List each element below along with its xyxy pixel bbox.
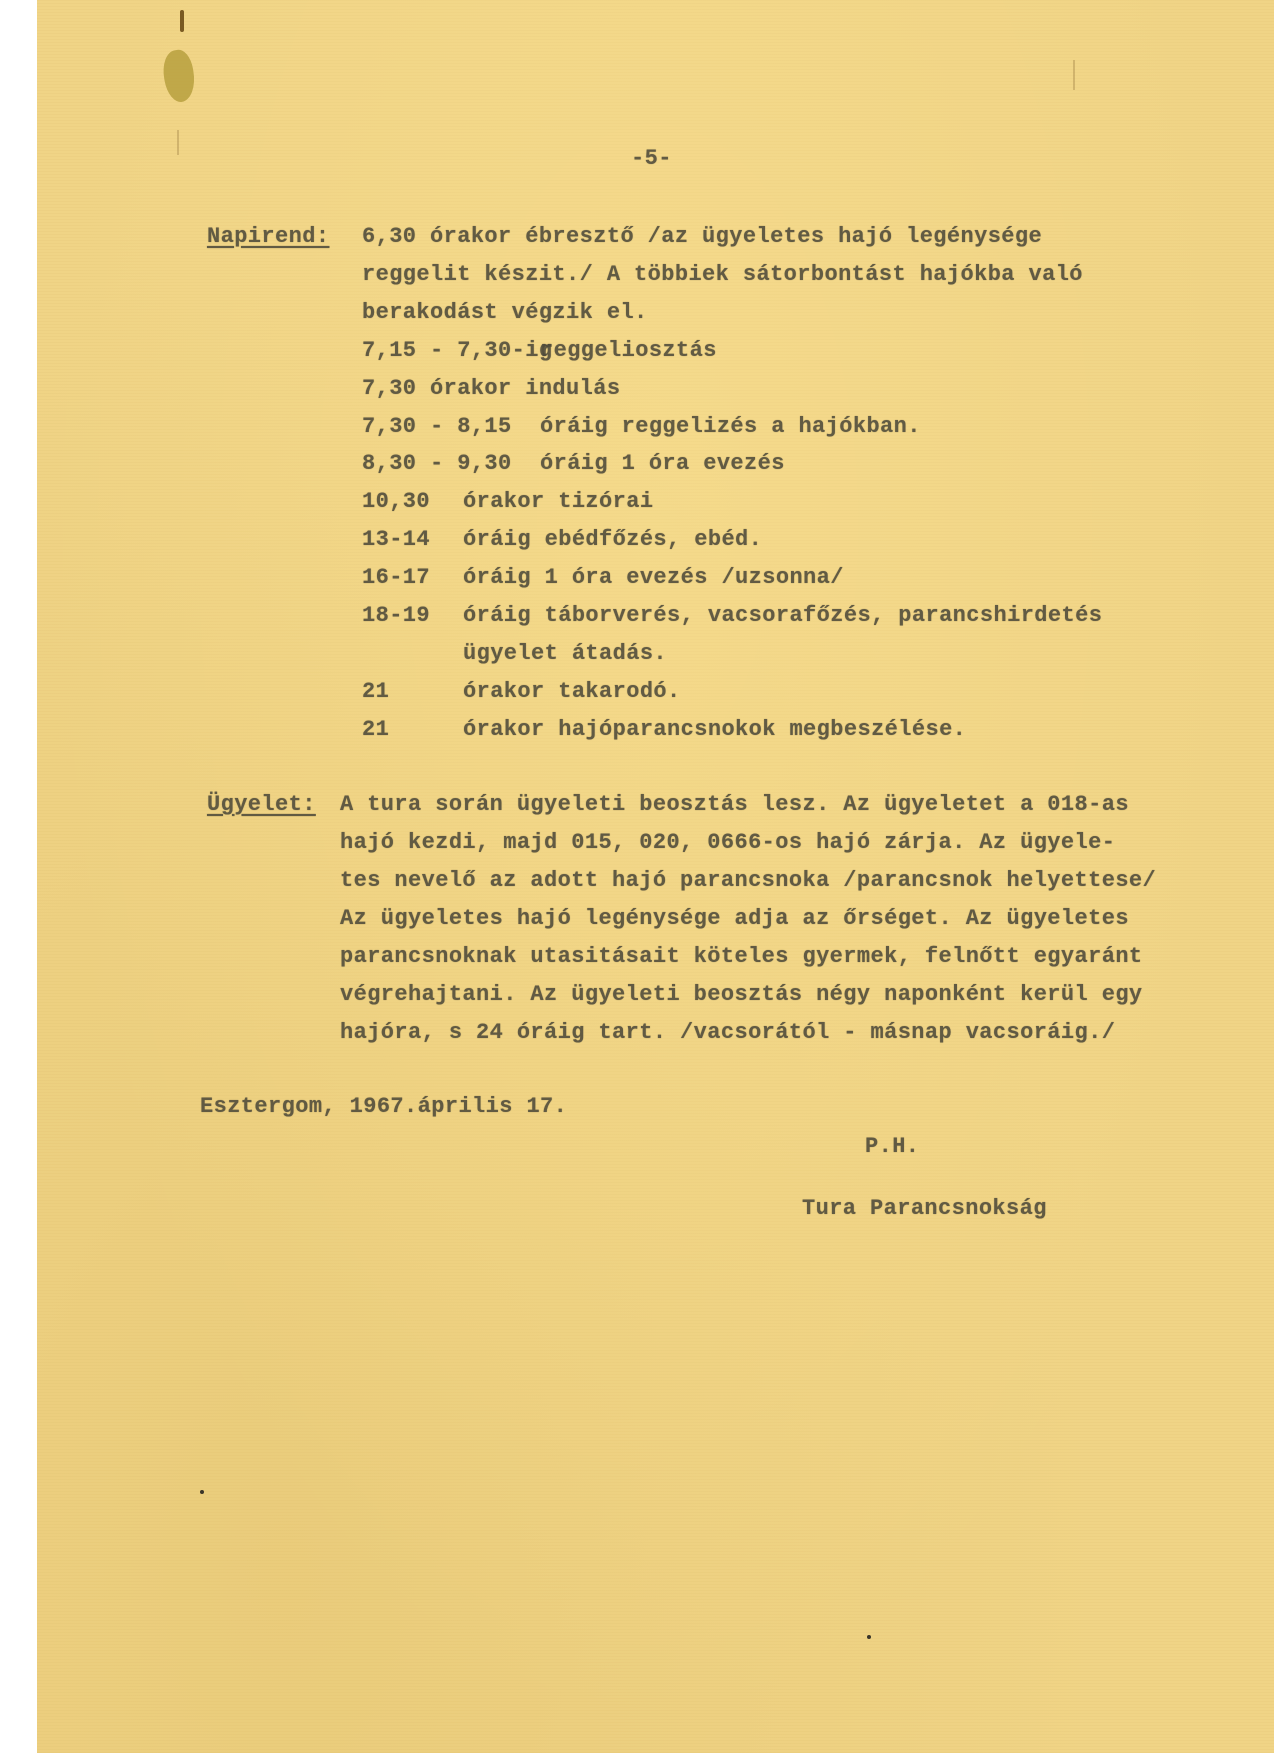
schedule-time: 7,15 - 7,30-ig [362,338,552,363]
paper-speck [867,1635,871,1639]
schedule-text: ügyelet átadás. [463,641,667,666]
paper-fiber [177,130,179,155]
schedule-time: 16-17 [362,565,430,590]
schedule-text: órakor indulás [430,376,620,401]
duty-line: hajóra, s 24 óráig tart. /vacsorától - m… [340,1020,1115,1045]
schedule-intro-line: 6,30 órakor ébresztő /az ügyeletes hajó … [362,224,1042,249]
schedule-time: 18-19 [362,603,430,628]
schedule-text: óráig 1 óra evezés /uzsonna/ [463,565,844,590]
duty-line: A tura során ügyeleti beosztás lesz. Az … [340,792,1129,817]
paper-fiber [1073,60,1075,90]
signature-org: Tura Parancsnokság [802,1196,1047,1221]
schedule-time: 10,30 [362,489,430,514]
place-date: Esztergom, 1967.április 17. [200,1094,567,1119]
schedule-text: óráig ebédfőzés, ebéd. [463,527,762,552]
schedule-text: órakor takarodó. [463,679,681,704]
schedule-text: óráig táborverés, vacsorafőzés, parancsh… [463,603,1102,628]
page-number: -5- [631,146,672,171]
schedule-text: reggeliosztás [540,338,717,363]
schedule-intro-line: berakodást végzik el. [362,300,648,325]
schedule-heading: Napirend: [207,224,329,249]
schedule-text: óráig reggelizés a hajókban. [540,414,921,439]
paper-speck [200,1490,204,1494]
duty-line: parancsnoknak utasitásait köteles gyerme… [340,944,1143,969]
schedule-intro-line: reggelit készit./ A többiek sátorbontást… [362,262,1083,287]
schedule-time: 7,30 [362,376,416,401]
schedule-time: 13-14 [362,527,430,552]
duty-line: végrehajtani. Az ügyeleti beosztás négy … [340,982,1143,1007]
duty-line: tes nevelő az adott hajó parancsnoka /pa… [340,868,1156,893]
schedule-text: órakor tizórai [463,489,653,514]
paper-stain [160,48,199,104]
rust-mark [180,10,184,32]
schedule-text: óráig 1 óra evezés [540,451,785,476]
schedule-time: 7,30 - 8,15 [362,414,512,439]
schedule-text: órakor hajóparancsnokok megbeszélése. [463,717,966,742]
schedule-time: 21 [362,679,389,704]
duty-heading: Ügyelet: [207,792,316,817]
duty-line: Az ügyeletes hajó legénysége adja az őrs… [340,906,1129,931]
schedule-time: 8,30 - 9,30 [362,451,512,476]
schedule-time: 21 [362,717,389,742]
signature-abbrev: P.H. [865,1134,919,1159]
duty-line: hajó kezdi, majd 015, 020, 0666-os hajó … [340,830,1115,855]
